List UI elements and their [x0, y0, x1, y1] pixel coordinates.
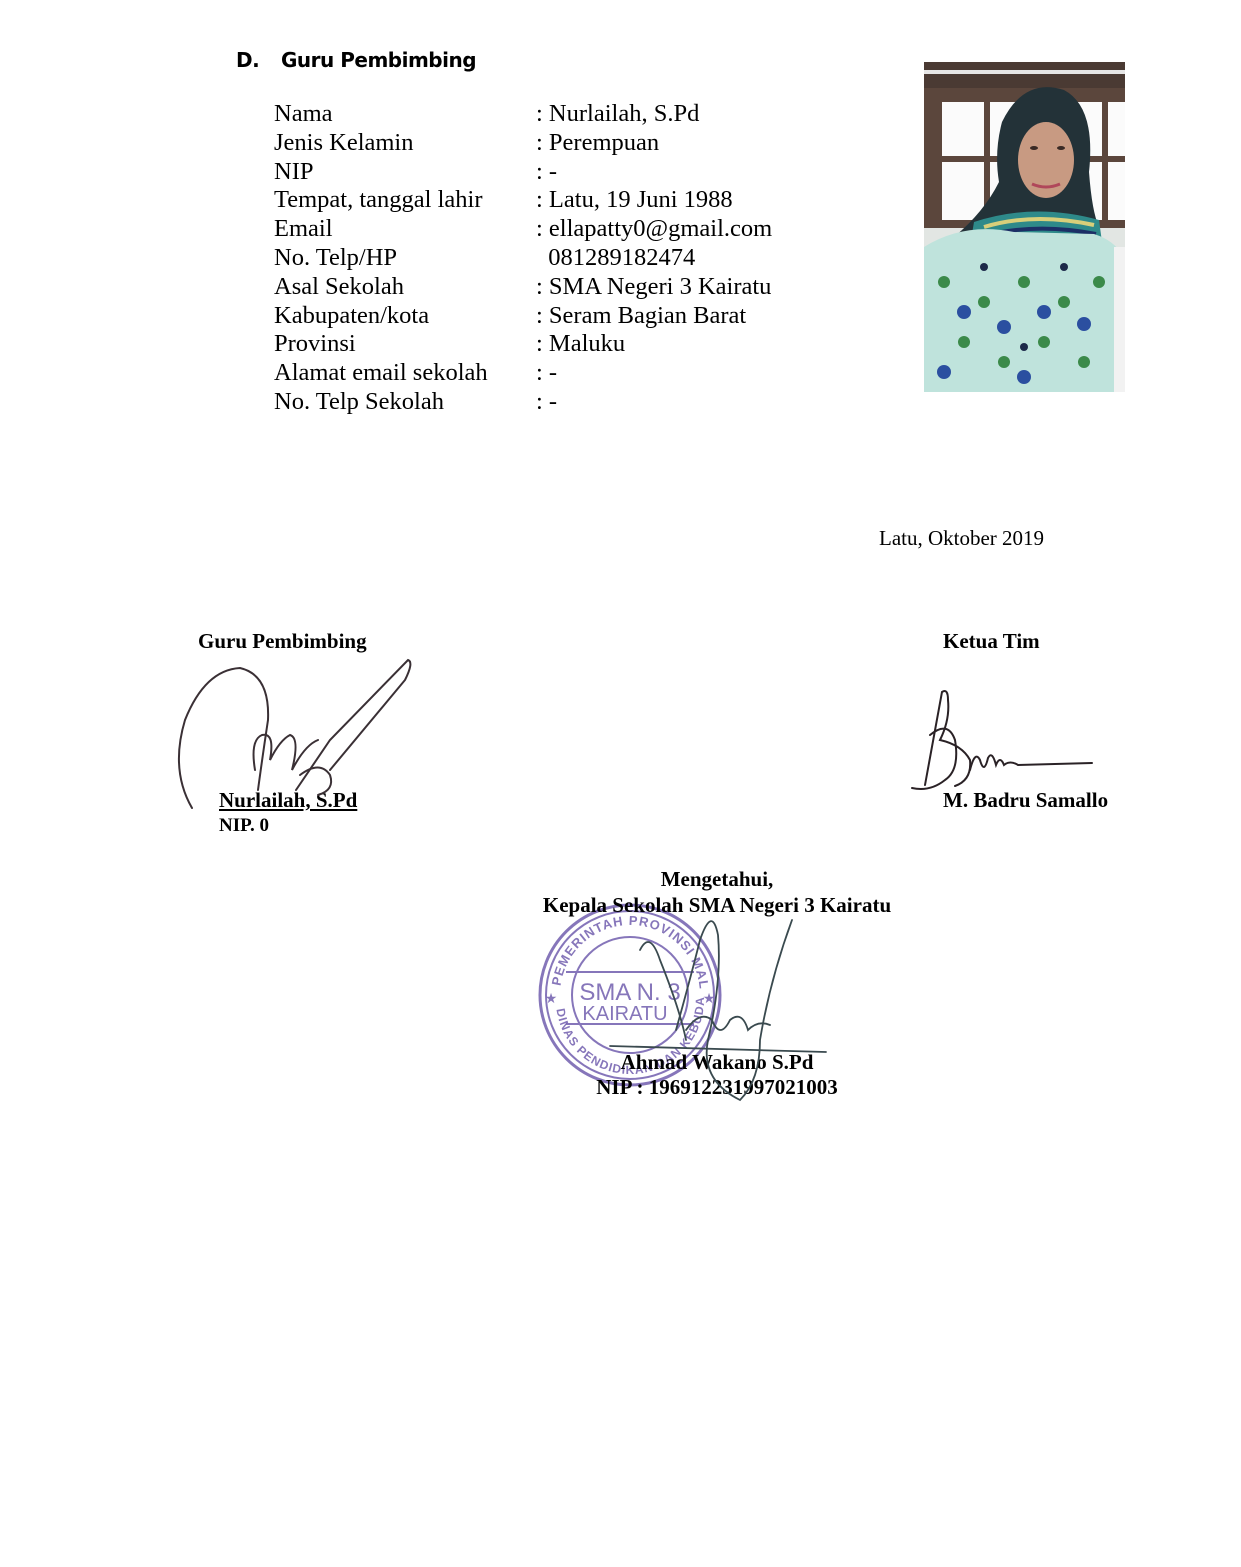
- field-value: : ellapatty0@gmail.com: [536, 215, 772, 244]
- principal-nip: NIP : 196912231997021003: [500, 1075, 934, 1100]
- stamp-center-line1: SMA N. 3: [579, 979, 680, 1006]
- place-date: Latu, Oktober 2019: [879, 526, 1044, 551]
- right-signature-title: Ketua Tim: [943, 629, 1040, 654]
- field-label: Jenis Kelamin: [274, 129, 414, 158]
- field-label: No. Telp Sekolah: [274, 388, 444, 417]
- section-title: Guru Pembimbing: [281, 48, 476, 72]
- field-label: Nama: [274, 100, 333, 129]
- section-heading: D.Guru Pembimbing: [236, 48, 476, 72]
- field-value: : Maluku: [536, 330, 625, 359]
- field-value: : Nurlailah, S.Pd: [536, 100, 699, 129]
- field-value: : Seram Bagian Barat: [536, 302, 746, 331]
- principal-name: Ahmad Wakano S.Pd: [500, 1050, 934, 1075]
- field-value: : -: [536, 359, 557, 388]
- portrait-photo: [924, 62, 1125, 392]
- star-icon: ★: [703, 990, 716, 1006]
- left-signature-nip: NIP. 0: [219, 815, 269, 837]
- field-label: Provinsi: [274, 330, 356, 359]
- stamp-center-line2: KAIRATU: [582, 1003, 667, 1025]
- field-value: : Latu, 19 Juni 1988: [536, 186, 733, 215]
- section-letter: D.: [236, 48, 281, 72]
- field-value: 081289182474: [536, 244, 695, 273]
- acknowledgement-label: Mengetahui,: [500, 867, 934, 892]
- right-signature-name: M. Badru Samallo: [943, 788, 1108, 813]
- field-label: No. Telp/HP: [274, 244, 397, 273]
- right-signature-icon: [912, 691, 1092, 789]
- field-label: Email: [274, 215, 333, 244]
- field-value: : -: [536, 388, 557, 417]
- star-icon: ★: [545, 990, 558, 1006]
- field-value: : -: [536, 158, 557, 187]
- left-signature-title: Guru Pembimbing: [198, 629, 367, 654]
- field-value: : Perempuan: [536, 129, 659, 158]
- field-label: Alamat email sekolah: [274, 359, 488, 388]
- left-signature-name: Nurlailah, S.Pd: [219, 788, 357, 813]
- field-value: : SMA Negeri 3 Kairatu: [536, 273, 771, 302]
- field-label: Kabupaten/kota: [274, 302, 429, 331]
- field-label: Asal Sekolah: [274, 273, 404, 302]
- field-label: NIP: [274, 158, 313, 187]
- left-signature-icon: [179, 660, 410, 808]
- field-label: Tempat, tanggal lahir: [274, 186, 483, 215]
- principal-title: Kepala Sekolah SMA Negeri 3 Kairatu: [500, 893, 934, 918]
